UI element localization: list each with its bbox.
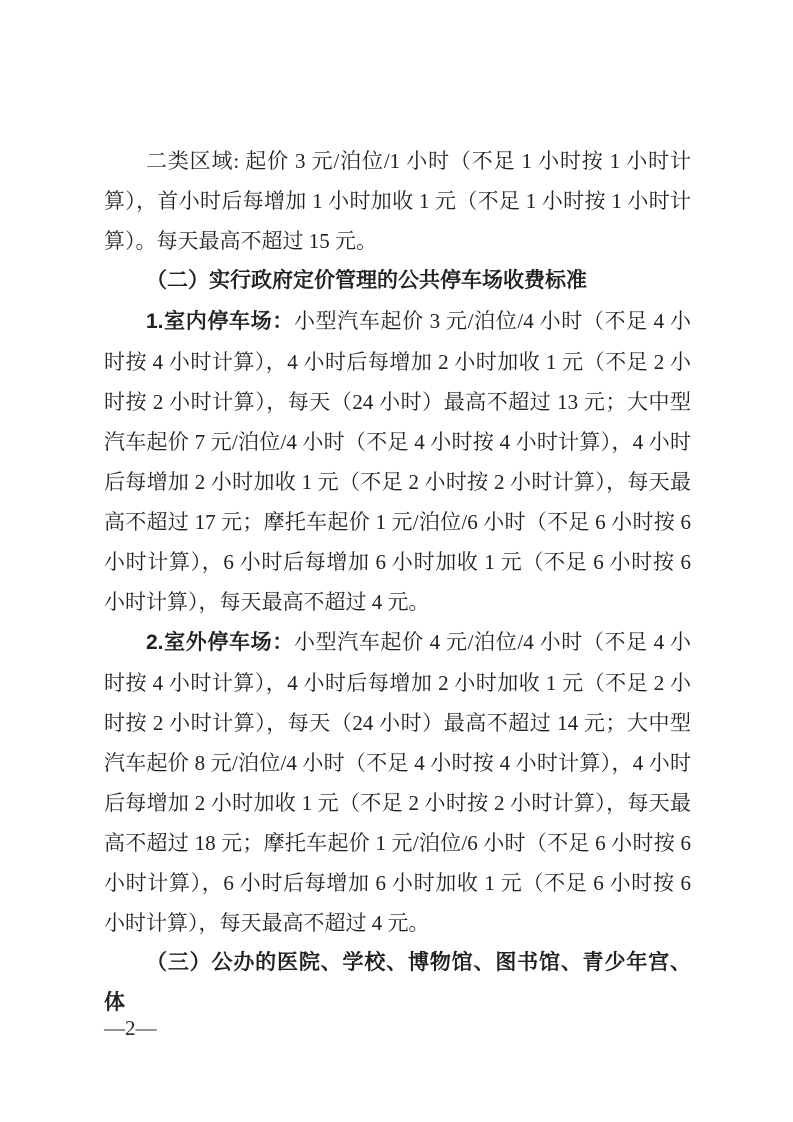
heading-section-3: （三）公办的医院、学校、博物馆、图书馆、青少年宫、体 xyxy=(104,943,691,1023)
paragraph-indoor-parking: 1.室内停车场：小型汽车起价 3 元/泊位/4 小时（不足 4 小时按 4 小时… xyxy=(104,301,691,622)
document-page: 二类区域: 起价 3 元/泊位/1 小时（不足 1 小时按 1 小时计算），首小… xyxy=(0,0,793,1122)
outdoor-parking-text: 小型汽车起价 4 元/泊位/4 小时（不足 4 小时按 4 小时计算），4 小时… xyxy=(104,630,691,935)
heading-section-2: （二）实行政府定价管理的公共停车场收费标准 xyxy=(104,261,691,301)
paragraph-outdoor-parking: 2.室外停车场：小型汽车起价 4 元/泊位/4 小时（不足 4 小时按 4 小时… xyxy=(104,622,691,943)
outdoor-parking-label: 2.室外停车场： xyxy=(146,631,294,654)
page-number: —2— xyxy=(104,1008,157,1048)
document-body: 二类区域: 起价 3 元/泊位/1 小时（不足 1 小时按 1 小时计算），首小… xyxy=(104,141,691,1023)
indoor-parking-text: 小型汽车起价 3 元/泊位/4 小时（不足 4 小时按 4 小时计算），4 小时… xyxy=(104,309,691,614)
paragraph-zone2-rates: 二类区域: 起价 3 元/泊位/1 小时（不足 1 小时按 1 小时计算），首小… xyxy=(104,141,691,261)
indoor-parking-label: 1.室内停车场： xyxy=(146,310,294,333)
